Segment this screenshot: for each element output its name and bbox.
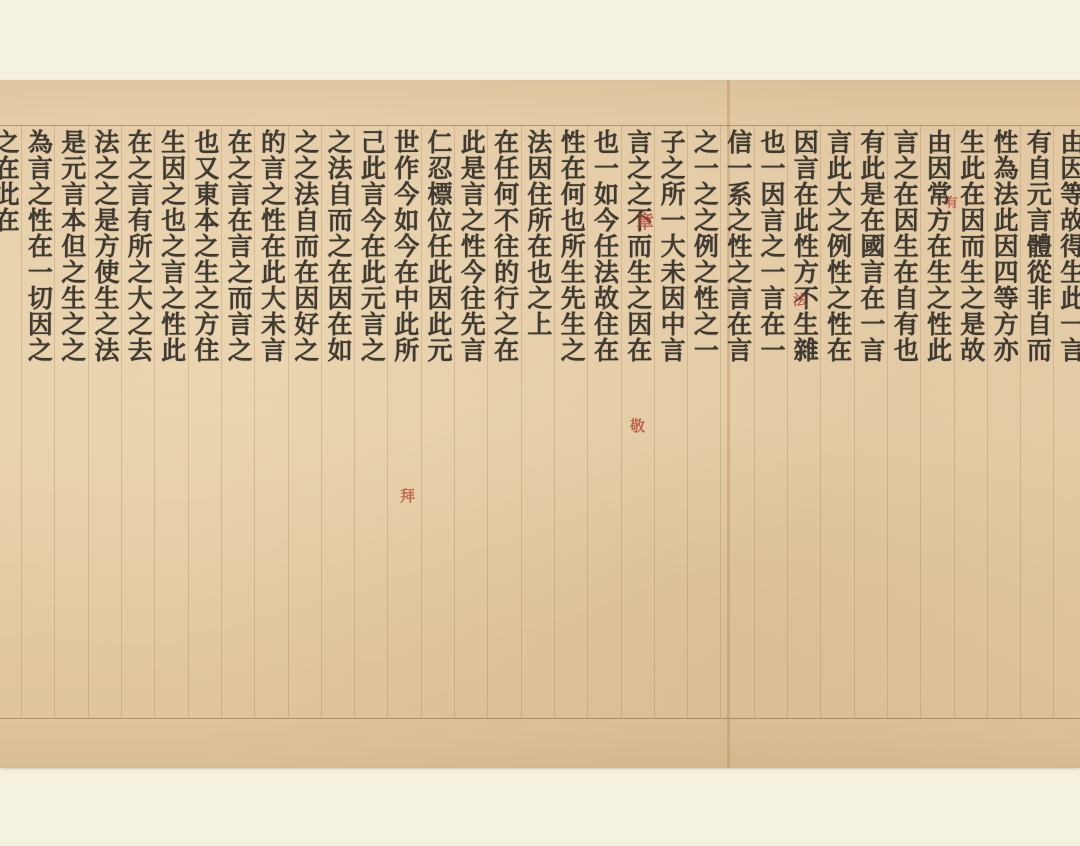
column-text: 有自元言體從非自而: [1023, 129, 1052, 729]
column-text: 己此言今在此元言之: [357, 129, 386, 729]
text-column: 的言之性在此大未言: [256, 125, 289, 718]
column-text: 的言之性在此大未言: [258, 129, 287, 729]
text-column: 之在此在: [0, 125, 22, 718]
column-text: 有此是在國言在一言: [857, 129, 886, 729]
text-column: 由因等故得生此一言: [1055, 125, 1080, 718]
text-column: 有自元言體從非自而: [1021, 125, 1054, 718]
text-columns: 由因等故得生此一言有自元言體從非自而性為法此因四等方亦生此在因而生之是故由因常方…: [0, 125, 1080, 718]
text-column: 己此言今在此元言之: [355, 125, 388, 718]
column-text: 之之法自而在因好之: [291, 129, 320, 729]
text-column: 有此是在國言在一言: [855, 125, 888, 718]
text-column: 信一系之性之言在言: [722, 125, 755, 718]
text-column: 子之所一大未因中言: [655, 125, 688, 718]
column-text: 法之之是方使生之法: [91, 129, 120, 729]
text-column: 在之言在言之而言之: [222, 125, 255, 718]
text-column: 之法自而之在因在如: [322, 125, 355, 718]
column-text: 是元言本但之生之之: [58, 129, 87, 729]
text-column: 法因住所在也之上: [522, 125, 555, 718]
column-text: 也一因言之一言在一: [757, 129, 786, 729]
column-text: 仁忍標位任此因此元: [424, 129, 453, 729]
column-text: 因言在此性方不生雜: [790, 129, 819, 729]
text-column: 法之之是方使生之法: [89, 125, 122, 718]
red-annotation: 法: [793, 290, 807, 310]
column-text: 在之言在言之而言之: [224, 129, 253, 729]
text-column: 之之法自而在因好之: [289, 125, 322, 718]
column-text: 之在此在: [0, 129, 20, 729]
column-text: 之法自而之在因在如: [324, 129, 353, 729]
red-annotation: 敬: [630, 415, 645, 436]
text-column: 由因常方在生之性此: [922, 125, 955, 718]
text-column: 因言在此性方不生雜: [788, 125, 821, 718]
column-text: 由因常方在生之性此: [924, 129, 953, 729]
column-text: 也一如今任法故住在: [591, 129, 620, 729]
column-text: 在之言有所之大之去: [124, 129, 153, 729]
column-text: 言之在因生在自有也: [890, 129, 919, 729]
text-column: 言此大之例性之性在: [822, 125, 855, 718]
text-column: 此是言之性今往先言: [455, 125, 488, 718]
text-column: 生因之也之言之性此: [156, 125, 189, 718]
text-column: 仁忍標位任此因此元: [422, 125, 455, 718]
text-column: 是元言本但之生之之: [56, 125, 89, 718]
column-text: 世作今如今在中此所: [391, 129, 420, 729]
column-text: 信一系之性之言在言: [724, 129, 753, 729]
column-text: 生因之也之言之性此: [158, 129, 187, 729]
column-text: 性為法此因四等方亦: [990, 129, 1019, 729]
text-column: 世作今如今在中此所: [389, 125, 422, 718]
text-column: 也又東本之生之方住: [189, 125, 222, 718]
column-text: 子之所一大未因中言: [657, 129, 686, 729]
column-text: 法因住所在也之上: [524, 129, 553, 729]
column-text: 在任何不往的行之在: [491, 129, 520, 729]
text-column: 性在何也所生先生之: [555, 125, 588, 718]
manuscript-scroll: 由因等故得生此一言有自元言體從非自而性為法此因四等方亦生此在因而生之是故由因常方…: [0, 80, 1080, 768]
column-text: 生此在因而生之是故: [957, 129, 986, 729]
red-seal-mark: 章: [636, 208, 654, 234]
column-text: 此是言之性今往先言: [457, 129, 486, 729]
text-column: 性為法此因四等方亦: [988, 125, 1021, 718]
column-text: 為言之性在一切因之: [24, 129, 53, 729]
column-text: 言此大之例性之性在: [824, 129, 853, 729]
column-text: 也又東本之生之方住: [191, 129, 220, 729]
text-column: 為言之性在一切因之: [22, 125, 55, 718]
text-column: 在之言有所之大之去: [122, 125, 155, 718]
text-column: 言之在因生在自有也: [888, 125, 921, 718]
red-annotation: 拜: [400, 485, 415, 506]
text-column: 之一之之例之性之一: [688, 125, 721, 718]
column-text: 之一之之例之性之一: [690, 129, 719, 729]
text-column: 也一因言之一言在一: [755, 125, 788, 718]
text-column: 在任何不往的行之在: [489, 125, 522, 718]
column-text: 由因等故得生此一言: [1057, 129, 1080, 729]
column-text: 性在何也所生先生之: [557, 129, 586, 729]
text-column: 生此在因而生之是故: [955, 125, 988, 718]
text-column: 也一如今任法故住在: [589, 125, 622, 718]
red-annotation: 有: [945, 192, 958, 211]
